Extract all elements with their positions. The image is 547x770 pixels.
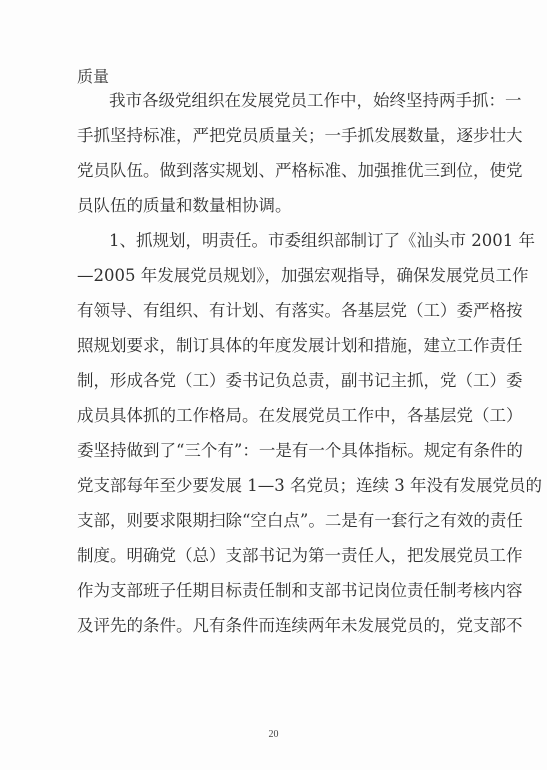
paragraph-line: 支部，则要求限期扫除“空白点”。二是有一套行之有效的责任 bbox=[77, 511, 501, 531]
paragraph-line: 1、抓规划，明责任。市委组织部制订了《汕头市 2001 年 bbox=[109, 231, 501, 251]
page-number: 20 bbox=[0, 729, 547, 740]
section-heading: 质量 bbox=[77, 64, 109, 87]
paragraph-line: 委坚持做到了“三个有”：一是有一个具体指标。规定有条件的 bbox=[77, 441, 501, 461]
paragraph-line: 我市各级党组织在发展党员工作中，始终坚持两手抓：一 bbox=[109, 91, 501, 111]
paragraph-line: 制度。明确党（总）支部书记为第一责任人，把发展党员工作 bbox=[77, 546, 501, 566]
paragraph-line: 员队伍的质量和数量相协调。 bbox=[77, 196, 501, 216]
paragraph-line: 成员具体抓的工作格局。在发展党员工作中，各基层党（工） bbox=[77, 406, 501, 426]
paragraph-line: 及评先的条件。凡有条件而连续两年未发展党员的，党支部不 bbox=[77, 616, 501, 636]
paragraph-line: 党支部每年至少要发展 1—3 名党员；连续 3 年没有发展党员的 bbox=[77, 476, 501, 496]
paragraph-line: 有领导、有组织、有计划、有落实。各基层党（工）委严格按 bbox=[77, 301, 501, 321]
paragraph-line: —2005 年发展党员规划》，加强宏观指导，确保发展党员工作 bbox=[77, 266, 501, 286]
paragraph-line: 党员队伍。做到落实规划、严格标准、加强推优三到位，使党 bbox=[77, 161, 501, 181]
paragraph-line: 照规划要求，制订具体的年度发展计划和措施，建立工作责任 bbox=[77, 336, 501, 356]
paragraph-line: 作为支部班子任期目标责任制和支部书记岗位责任制考核内容 bbox=[77, 581, 501, 601]
document-page: 质量 我市各级党组织在发展党员工作中，始终坚持两手抓：一 手抓坚持标准，严把党员… bbox=[0, 0, 547, 770]
paragraph-line: 手抓坚持标准，严把党员质量关；一手抓发展数量，逐步壮大 bbox=[77, 126, 501, 146]
paragraph-line: 制，形成各党（工）委书记负总责，副书记主抓，党（工）委 bbox=[77, 371, 501, 391]
